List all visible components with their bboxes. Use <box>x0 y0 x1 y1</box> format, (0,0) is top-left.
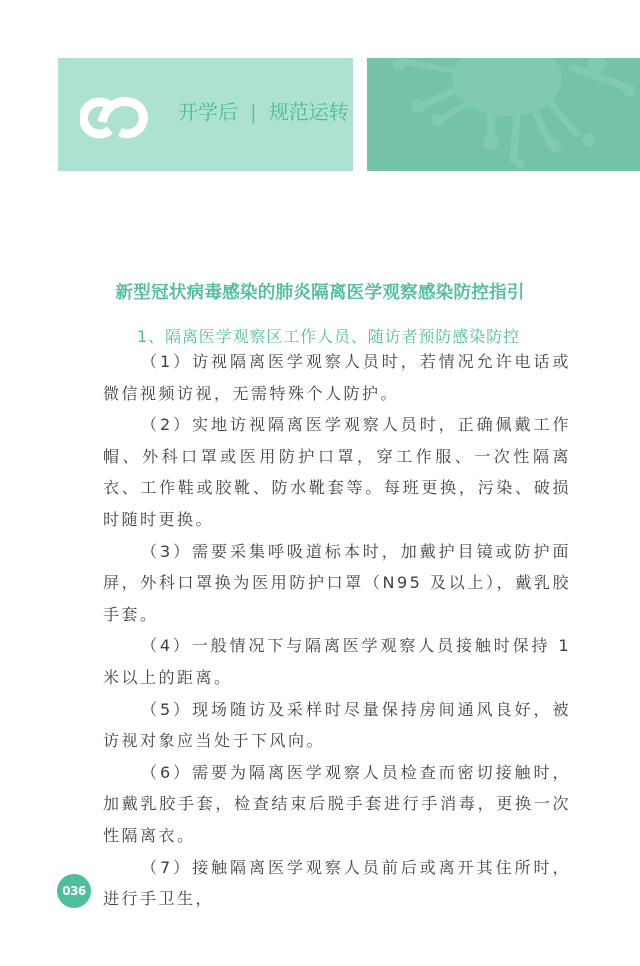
paragraph-2: （2）实地访视隔离医学观察人员时，正确佩戴工作帽、外科口罩或医用防护口罩，穿工作… <box>103 409 571 535</box>
chapter-label: 开学后 <box>178 100 238 124</box>
paragraph-6: （6）需要为隔离医学观察人员检查而密切接触时，加戴乳胶手套，检查结束后脱手套进行… <box>103 757 571 852</box>
header-title: 开学后|规范运转 <box>178 96 349 128</box>
virus-illustration-icon <box>367 58 640 171</box>
section-label: 规范运转 <box>269 100 349 124</box>
title-separator: | <box>250 96 257 128</box>
document-body: （1）访视隔离医学观察人员时，若情况允许电话或微信视频访视，无需特殊个人防护。 … <box>103 346 571 915</box>
header-banner-right <box>367 58 640 171</box>
page-number-badge: 036 <box>57 874 91 908</box>
section-heading: 1、隔离医学观察区工作人员、随访者预防感染防控 <box>137 324 520 347</box>
paragraph-7: （7）接触隔离医学观察人员前后或离开其住所时，进行手卫生， <box>103 852 571 915</box>
document-title: 新型冠状病毒感染的肺炎隔离医学观察感染防控指引 <box>0 279 640 304</box>
header-banner-left: 开学后|规范运转 <box>58 58 353 171</box>
infinity-loop-logo-icon <box>80 92 152 140</box>
paragraph-4: （4）一般情况下与隔离医学观察人员接触时保持 1 米以上的距离。 <box>103 630 571 693</box>
paragraph-5: （5）现场随访及采样时尽量保持房间通风良好，被访视对象应当处于下风向。 <box>103 694 571 757</box>
paragraph-1: （1）访视隔离医学观察人员时，若情况允许电话或微信视频访视，无需特殊个人防护。 <box>103 346 571 409</box>
paragraph-3: （3）需要采集呼吸道标本时，加戴护目镜或防护面屏，外科口罩换为医用防护口罩（N9… <box>103 536 571 631</box>
